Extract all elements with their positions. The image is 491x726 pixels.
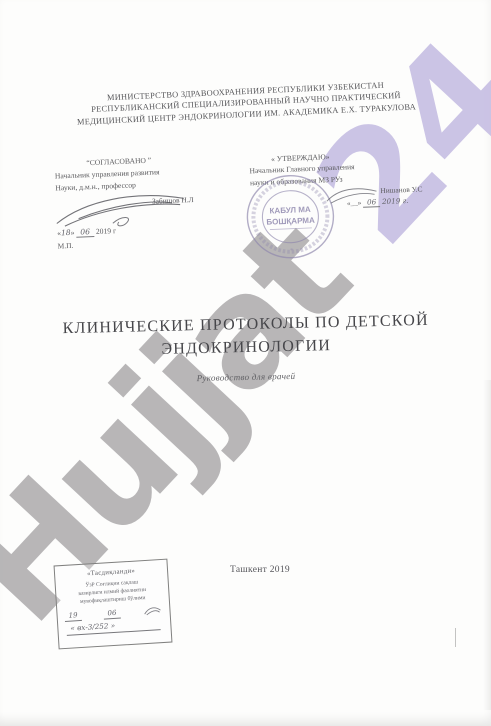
approved-block: « УТВЕРЖДАЮ» Начальник Главного управлен… — [249, 146, 466, 215]
scanned-title-page: Hujjat24 МИНИСТЕРСТВО ЗДРАВООХРАНЕНИЯ РЕ… — [0, 0, 491, 726]
ministry-header: МИНИСТЕРСТВО ЗДРАВООХРАНЕНИЯ РЕСПУБЛИКИ … — [33, 76, 458, 129]
scan-edge-right — [483, 380, 491, 710]
scan-artifact-line — [455, 628, 456, 647]
document-content: МИНИСТЕРСТВО ЗДРАВООХРАНЕНИЯ РЕСПУБЛИКИ … — [0, 0, 491, 726]
stamp-star: * — [290, 247, 294, 255]
document-title: КЛИНИЧЕСКИЕ ПРОТОКОЛЫ ПО ДЕТСКОЙ ЭНДОКРИ… — [30, 308, 463, 364]
agreed-signature-row: Забишов Н.Л — [56, 187, 232, 228]
approved-date-line: «__» 06 2019 г. — [347, 196, 409, 209]
approved-date-blank: «__» — [347, 199, 362, 208]
registry-date-month: 06 — [103, 608, 121, 620]
scan-edge-bottom — [0, 712, 491, 726]
approved-date-year: 2019 г. — [382, 196, 409, 206]
approved-date-month: 06 — [363, 197, 381, 208]
document-subtitle: Руководство для врачей — [30, 367, 462, 387]
registry-stamp-box: «Тасдиқланди» ЎзР Соғлиқни сақлаш вазирл… — [54, 559, 173, 650]
approved-signer-name: Нишанов У.С — [380, 184, 422, 197]
stamp-text-line-2: БОШҚАРМА — [266, 216, 315, 227]
registry-signature-stroke — [142, 604, 163, 617]
agreed-signer-name: Забишов Н.Л — [152, 194, 194, 207]
agreed-block: “СОГЛАСОВАНО ” Начальник управления разв… — [54, 152, 233, 252]
registry-date-day: 19 — [64, 610, 82, 622]
city-year: Ташкент 2019 — [180, 565, 340, 575]
